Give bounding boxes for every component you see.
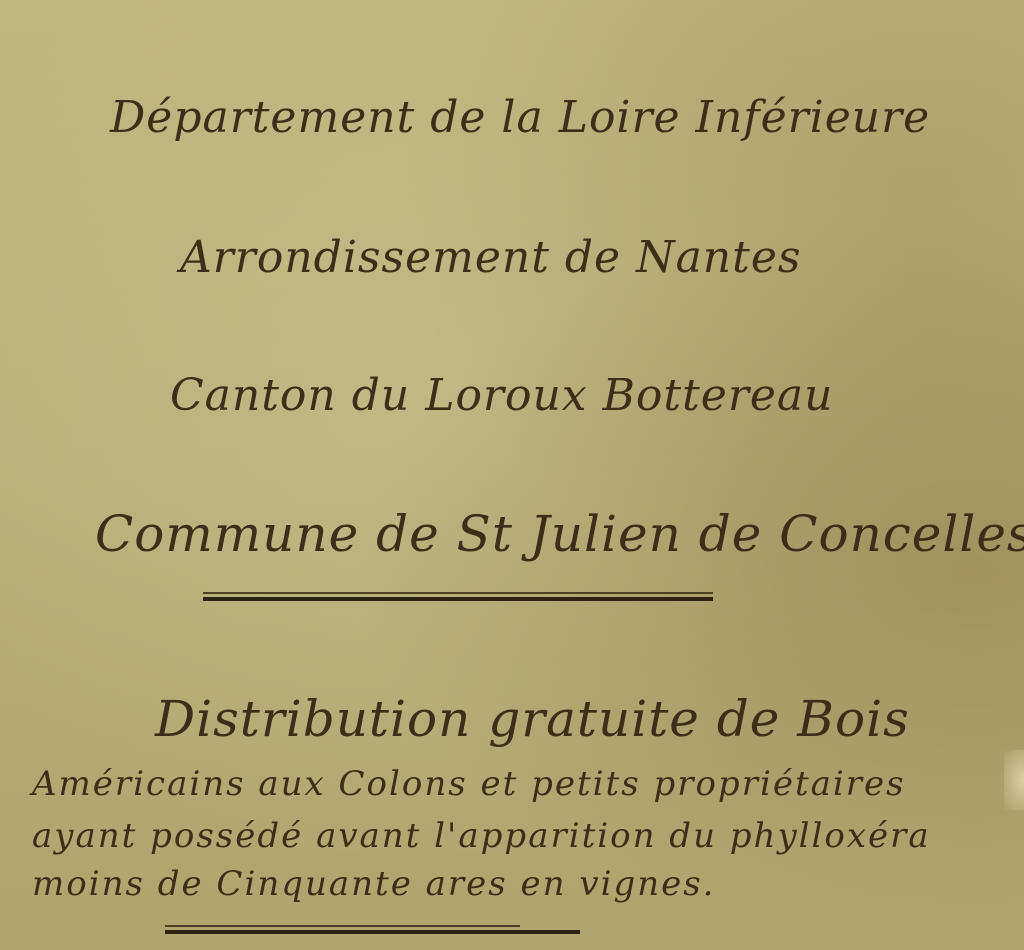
underline-thin <box>165 925 520 927</box>
canton-line: Canton du Loroux Bottereau <box>170 370 833 421</box>
arrondissement-line: Arrondissement de Nantes <box>180 232 801 283</box>
paper-tear-mark <box>1004 750 1024 810</box>
underline-thick <box>165 930 580 934</box>
distribution-title: Distribution gratuite de Bois <box>155 690 910 748</box>
underline-thick <box>203 597 713 601</box>
commune-line: Commune de St Julien de Concelles <box>95 505 1024 563</box>
body-line-2: ayant possédé avant l'apparition du phyl… <box>32 816 931 856</box>
body-line-3: moins de Cinquante ares en vignes. <box>32 864 716 904</box>
document-page: Département de la Loire Inférieure Arron… <box>0 0 1024 950</box>
underline-thin <box>203 592 713 594</box>
body-line-1: Américains aux Colons et petits propriét… <box>32 764 906 804</box>
department-line: Département de la Loire Inférieure <box>110 92 930 143</box>
